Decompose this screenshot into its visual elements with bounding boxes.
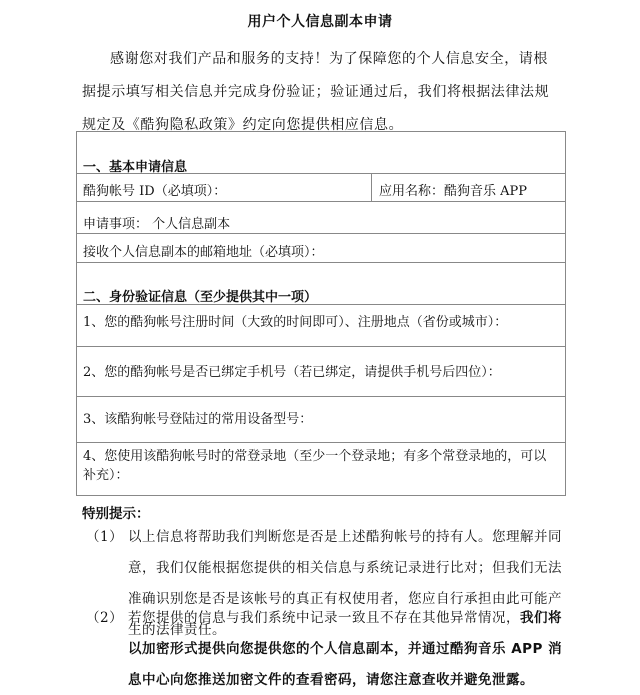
intro-paragraph: 感谢您对我们产品和服务的支持！为了保障您的个人信息安全，请根据提示填写相关信息并… [82,43,562,142]
identity-item-row: 3、该酷狗帐号登陆过的常用设备型号： [77,397,565,443]
note-text-plain: 若您提供的信息与我们系统中记录一致且不存在其他异常情况， [128,610,520,626]
note-item-2: （2） 若您提供的信息与我们系统中记录一致且不存在其他异常情况，我们将以加密形式… [86,603,566,695]
note-text: 若您提供的信息与我们系统中记录一致且不存在其他异常情况，我们将以加密形式提供向您… [128,603,566,695]
note-number: （2） [86,603,123,634]
section-identity-heading: 二、身份验证信息（至少提供其中一项） [77,263,565,305]
note-item-1: （1） 以上信息将帮助我们判断您是否是上述酷狗帐号的持有人。您理解并同意，我们仅… [86,522,566,615]
section-basic-info-heading: 一、基本申请信息 [77,132,565,174]
account-id-field[interactable]: 酷狗帐号 ID（必填项）： [83,180,226,199]
request-item-row: 申请事项： 个人信息副本 [77,202,565,234]
identity-field-1[interactable]: 1、您的酷狗帐号注册时间（大致的时间即可）、注册地点（省份或城市）： [83,311,507,330]
identity-item-row: 2、您的酷狗帐号是否已绑定手机号（若已绑定，请提供手机号后四位）： [77,347,565,397]
page-title: 用户个人信息副本申请 [0,11,640,31]
cell-divider [371,174,372,201]
note-number: （1） [86,522,123,553]
account-app-row: 酷狗帐号 ID（必填项）： 应用名称：酷狗音乐 APP [77,174,565,202]
identity-field-3[interactable]: 3、该酷狗帐号登陆过的常用设备型号： [83,408,312,427]
identity-item-row: 1、您的酷狗帐号注册时间（大致的时间即可）、注册地点（省份或城市）： [77,305,565,347]
request-item-field: 申请事项： 个人信息副本 [83,213,230,232]
identity-item-row: 4、您使用该酷狗帐号时的常登录地（至少一个登录地；有多个常登录地的，可以补充）： [77,443,565,495]
email-field[interactable]: 接收个人信息副本的邮箱地址（必填项）： [83,241,324,260]
notes-heading: 特别提示： [82,502,150,522]
identity-field-2[interactable]: 2、您的酷狗帐号是否已绑定手机号（若已绑定，请提供手机号后四位）： [83,361,501,380]
identity-field-4[interactable]: 4、您使用该酷狗帐号时的常登录地（至少一个登录地；有多个常登录地的，可以补充）： [83,447,553,485]
application-form-table: 一、基本申请信息 酷狗帐号 ID（必填项）： 应用名称：酷狗音乐 APP 申请事… [76,131,566,496]
section-heading: 二、身份验证信息（至少提供其中一项） [83,286,317,305]
app-name-field: 应用名称：酷狗音乐 APP [379,180,527,199]
section-heading: 一、基本申请信息 [83,156,187,175]
email-row: 接收个人信息副本的邮箱地址（必填项）： [77,234,565,263]
